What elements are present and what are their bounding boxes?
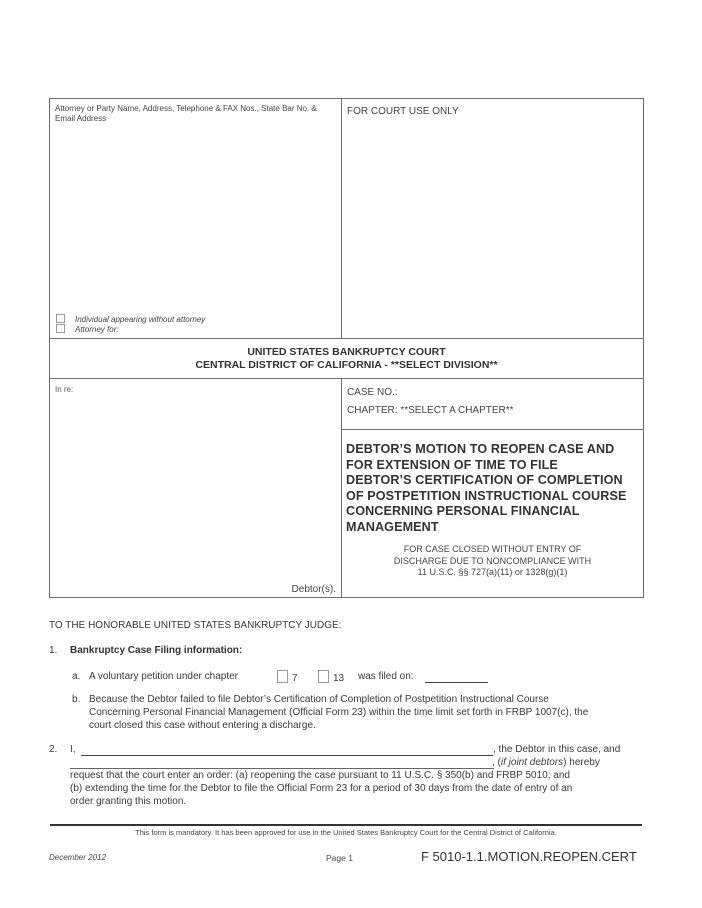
footer-rule [50, 824, 642, 826]
item-1-heading: Bankruptcy Case Filing information: [70, 645, 242, 658]
motion-title-line: CONCERNING PERSONAL FINANCIAL [346, 504, 641, 520]
chapter-7-label: 7 [292, 673, 298, 684]
joint-suffix-italic: if joint debtors [501, 757, 563, 768]
item-1a-letter: a. [72, 671, 80, 684]
footer-notice: This form is mandatory. It has been appr… [50, 828, 642, 837]
chapter-13-option[interactable]: 13 [318, 670, 344, 686]
joint-debtor-name-field[interactable] [70, 757, 494, 769]
divider [341, 429, 644, 430]
individual-without-attorney-checkbox[interactable] [56, 314, 65, 323]
item-2-line1-suffix: , the Debtor in this case, and [493, 744, 620, 757]
subtitle-line: FOR CASE CLOSED WITHOUT ENTRY OF [341, 544, 644, 556]
chapter-select[interactable]: CHAPTER: **SELECT A CHAPTER** [347, 405, 514, 417]
item-1b-text: Because the Debtor failed to file Debtor… [89, 694, 669, 732]
debtors-label: Debtor(s). [200, 584, 336, 596]
divider [341, 98, 342, 338]
item-2-line: order granting this motion. [70, 796, 670, 809]
footer-page: Page 1 [326, 853, 353, 863]
item-2-prefix: I, [70, 744, 76, 757]
footer-form-id: F 5010-1.1.MOTION.REOPEN.CERT [421, 849, 637, 864]
attorney-info-field[interactable] [52, 128, 338, 306]
debtor-name-line-field[interactable] [81, 744, 493, 756]
item-1b-letter: b. [72, 694, 80, 707]
attorney-info-label: Attorney or Party Name, Address, Telepho… [55, 104, 335, 124]
chapter-13-checkbox[interactable] [318, 670, 329, 683]
item-2-number: 2. [49, 744, 57, 757]
attorney-for-label: Attorney for: [75, 325, 119, 334]
item-2-text: request that the court enter an order: (… [70, 770, 670, 808]
individual-without-attorney-label: Individual appearing without attorney [75, 315, 205, 324]
divider [49, 338, 644, 339]
case-no-label: CASE NO.: [347, 387, 398, 399]
motion-subtitle: FOR CASE CLOSED WITHOUT ENTRY OF DISCHAR… [341, 544, 644, 579]
motion-title-line: OF POSTPETITION INSTRUCTIONAL COURSE [346, 489, 641, 505]
joint-suffix-post: ) hereby [563, 757, 600, 768]
item-1b-line: Concerning Personal Financial Management… [89, 707, 669, 720]
in-re-label: In re: [55, 385, 73, 395]
item-1-number: 1. [49, 645, 57, 658]
filed-on-label: was filed on: [358, 671, 414, 684]
motion-title-line: MANAGEMENT [346, 520, 641, 536]
motion-title-line: DEBTOR’S MOTION TO REOPEN CASE AND [346, 442, 641, 458]
case-no-field[interactable] [400, 387, 635, 399]
item-1b-line: Because the Debtor failed to file Debtor… [89, 694, 669, 707]
subtitle-line: 11 U.S.C. §§ 727(a)(11) or 1328(g)(1) [341, 567, 644, 579]
court-use-label: FOR COURT USE ONLY [347, 106, 459, 118]
chapter-7-option[interactable]: 7 [277, 670, 298, 686]
item-2-line: request that the court enter an order: (… [70, 770, 670, 783]
joint-suffix-pre: , ( [492, 757, 501, 768]
chapter-7-checkbox[interactable] [277, 670, 288, 683]
checkbox-row-attorney-for[interactable]: Attorney for: [56, 324, 119, 335]
motion-title-line: DEBTOR’S CERTIFICATION OF COMPLETION [346, 473, 641, 489]
divider [49, 378, 644, 379]
item-1b-line: court closed this case without entering … [89, 720, 669, 733]
subtitle-line: DISCHARGE DUE TO NONCOMPLIANCE WITH [341, 556, 644, 568]
filed-on-field[interactable] [425, 671, 488, 683]
salutation: TO THE HONORABLE UNITED STATES BANKRUPTC… [49, 620, 341, 633]
motion-title: DEBTOR’S MOTION TO REOPEN CASE AND FOR E… [346, 442, 641, 536]
debtor-name-field[interactable] [52, 398, 338, 578]
footer-date: December 2012 [49, 853, 106, 862]
motion-title-line: FOR EXTENSION OF TIME TO FILE [346, 458, 641, 474]
item-1a-text: A voluntary petition under chapter [89, 671, 238, 684]
chapter-13-label: 13 [333, 673, 344, 684]
court-district: CENTRAL DISTRICT OF CALIFORNIA - **SELEC… [49, 359, 644, 372]
attorney-for-checkbox[interactable] [56, 324, 65, 333]
item-2-line: (b) extending the time for the Debtor to… [70, 783, 670, 796]
joint-debtor-suffix: , (if joint debtors) hereby [492, 757, 600, 770]
court-name: UNITED STATES BANKRUPTCY COURT [49, 346, 644, 359]
